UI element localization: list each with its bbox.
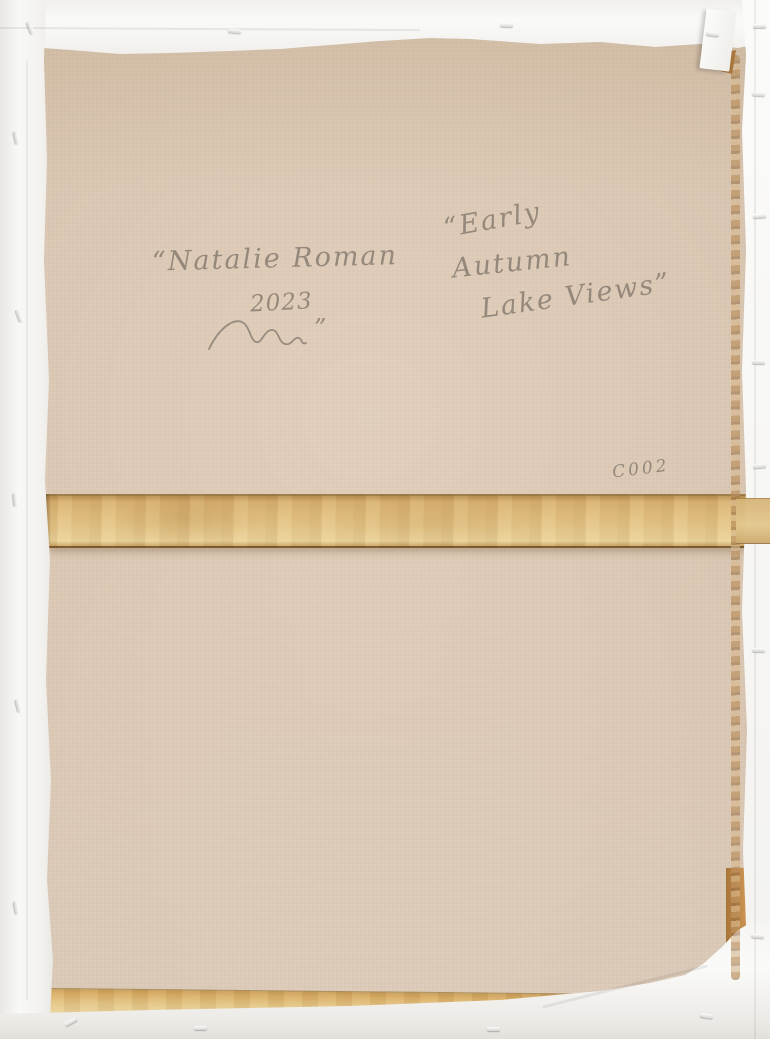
staple-mark (752, 360, 765, 365)
canvas-back-photo: “Natalie Roman 2023 ” “Early Autumn Lake… (0, 0, 770, 1039)
staple-mark (753, 24, 766, 28)
staple-mark (194, 1026, 207, 1030)
staple-mark (752, 92, 765, 97)
staple-mark (752, 648, 765, 652)
staple-mark (753, 214, 766, 219)
staple-mark (487, 1027, 500, 1031)
center-crossbar (46, 494, 746, 548)
staple-mark (500, 23, 513, 27)
fold-crease (26, 60, 28, 1000)
crossbar-end (736, 498, 770, 544)
